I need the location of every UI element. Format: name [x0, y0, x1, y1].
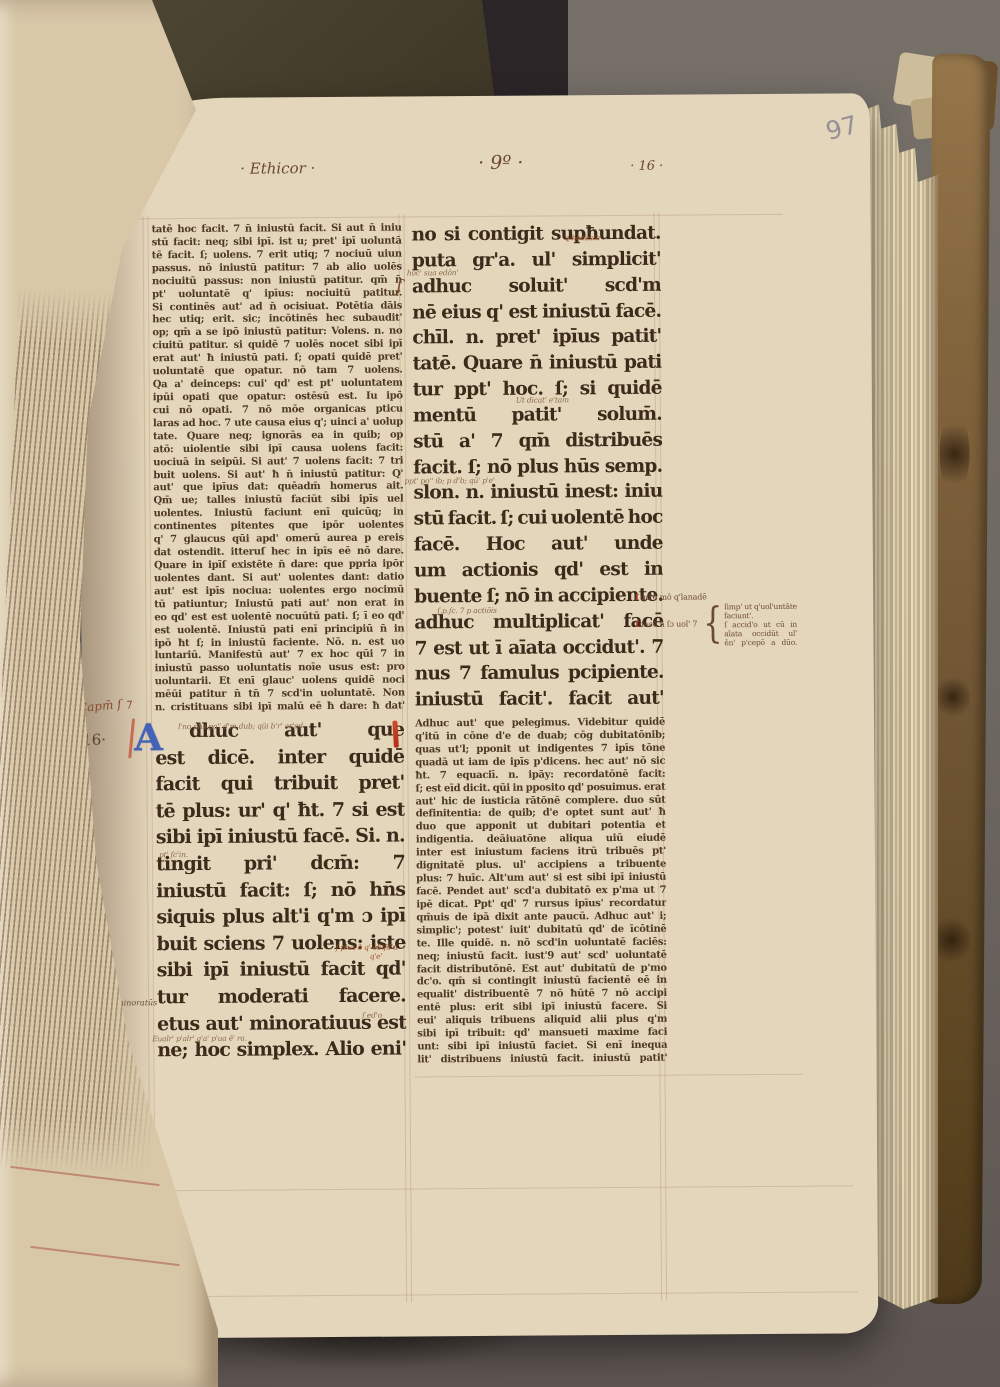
folio-number: 97 — [823, 110, 861, 146]
text-line: ſ accid'o ut cū in — [724, 619, 797, 629]
text-line: tatē. Quare n̄ iniustū pati — [412, 350, 661, 378]
text-line: facē. Hoc aut' unde principi — [414, 531, 663, 559]
column1-commentary-text: tatē hoc facit. 7 n̄ iniustū facit. Si a… — [152, 223, 405, 717]
text-line: eo qd' est est uolentē nocuūtū pati. ſ; … — [154, 610, 404, 625]
text-line: atō: uiolentie sibi ipī causa uolens fac… — [153, 442, 403, 457]
interlinear-gloss: Eualr' p'alr' q'a' p'ua ē' ra. — [152, 1034, 247, 1044]
chapter-note: Capm̄ ſ ⁊ — [77, 696, 132, 715]
text-line: quadā ut iam de ipīs p'dicens. hec aut' … — [415, 755, 665, 770]
ruling-line — [135, 214, 783, 220]
text-line: ſ; est eīd dicit. qūi in pposito qd' pos… — [415, 781, 665, 796]
gloss-line: ſ facē n̄ ſɔ uol' 7 — [635, 620, 697, 630]
right-margin-gloss: ſ qd'ē mō q'lanadē ſ facē n̄ ſɔ uol' 7 {… — [635, 592, 815, 648]
text-line: tate. Quare neq; ignorās ea in quib; op — [153, 429, 403, 444]
ruling-line — [106, 1291, 858, 1297]
gloss-text: qd'ē mō q'lanadē — [641, 592, 707, 601]
running-header-title: · Ethicor · — [240, 159, 315, 178]
text-line: tū patiuntur; Iniustū pati aut' non erat… — [154, 597, 404, 612]
column2-commentary-text: Adhuc aut' que pelegimus. Videbitur quid… — [415, 717, 667, 1067]
text-line: nociuitū passus: non iniustū patitur. qm… — [152, 274, 402, 289]
text-line: neq; iniustū facit. iust'9 aut' scd' uol… — [417, 949, 667, 964]
text-line: passus. nō iniustū patitur: 7 ab alio uo… — [152, 261, 402, 276]
text-line: tur moderati facere. Mansu — [157, 982, 406, 1010]
text-line: ħt. 7 equaciī. n. ipāy: recordatōnē faci… — [415, 768, 665, 783]
interlinear-gloss: l'no pħs po'' d'm dub; qūi b'r' ar'ed — [178, 721, 303, 731]
text-line: pt' uoluntatē q' ipīus: nociuitū patitur… — [152, 287, 402, 302]
text-line: mentū patit' solum̄. Manife — [413, 402, 662, 430]
text-line: nus 7 famulus pcipiente. n̄ — [415, 660, 664, 688]
interlinear-gloss: ſ.p.ſc. 7 p actiōis — [437, 606, 497, 615]
text-line: chīl. n. pret' ipīus patit' uolū — [412, 324, 661, 352]
manuscript-photo: { "photo": { "description": "Medieval pa… — [0, 0, 1000, 1387]
text-line: est uolentē. Iniustū pati enī principiū … — [154, 623, 404, 638]
interlinear-gloss: q·honesta — [565, 233, 600, 242]
text-line: te. Ille quidē. n. nō scd'in uoluntatē f… — [417, 936, 667, 951]
text-line: est dicē. inter quidē iniustum — [155, 743, 404, 771]
text-line: uociuā in seipūi. Si aut' 7 uolens facit… — [153, 455, 403, 470]
text-line: iniustū facit'. facit aut' īiusta. — [415, 686, 664, 714]
interlinear-gloss: hoc' sua edōn' — [407, 268, 458, 277]
text-line: stū a' 7 qm̄ distribuēs īiustū — [413, 427, 662, 455]
text-line: iniustū facit: ſ; nō hn̄s plus: — [156, 876, 405, 904]
text-line: nē eius q' est iniustū facē. si — [412, 298, 661, 326]
intercolumn-gloss: q'e' — [370, 952, 383, 961]
interlinear-gloss: Ut dicat' e'tam — [516, 395, 569, 404]
text-line: tē plus: ur' q' ħt. 7 si est ipm̄ — [156, 796, 405, 824]
intercolumn-gloss: ſ plus ē q' obiſd'u — [336, 943, 398, 952]
gloss-brace: { — [703, 618, 722, 631]
text-line: sibi ipī iniustū facit qd' uidē — [157, 956, 406, 984]
gloss-branch: ſ facē n̄ ſɔ uol' 7 { ſimp' ut q'uol'unt… — [635, 601, 815, 647]
text-line: ēn' p'cepō a dūo. — [724, 637, 797, 647]
text-line: 7 est ut ī aīata occidut'. 7 ma — [414, 634, 663, 662]
text-line: n. cristituans sibi ipī malū eē ħ dare: … — [155, 701, 405, 716]
rubric-mark: ſ — [635, 619, 638, 629]
text-line: siquis plus alt'i q'm ɔ ipī tri — [156, 903, 405, 931]
running-header-chapter-numeral: · 16 · — [630, 159, 663, 174]
text-line: tingit pri' dcm̄: 7 distribuēs — [156, 849, 405, 877]
running-header-book-numeral: · 9º · — [478, 152, 523, 174]
interlinear-gloss: ſ ed'o — [362, 1011, 382, 1020]
text-line: aīata occidūt ul' — [724, 628, 797, 638]
manuscript-page: · C · · Ethicor · · 9º · · 16 · 97 tatē … — [78, 93, 879, 1338]
text-line: sibi ipī iniustū facē. Si. n. cō — [156, 823, 405, 851]
leather-stain — [939, 414, 970, 494]
text-line: no si contigit supħundat. — [412, 221, 661, 249]
column2-lemma-text: no si contigit supħundat.puta gr'a. ul' … — [412, 221, 664, 715]
gloss-text: facē n̄ ſɔ uol' 7 — [641, 620, 697, 629]
gloss-branch-lines: ſimp' ut q'uol'untātefaciunt'.ſ accid'o … — [724, 601, 797, 647]
ruling-line — [415, 1074, 803, 1078]
ruling-line — [109, 1185, 853, 1191]
interlinear-gloss: ppt' po'' ib; p d'b; qū' p'e' — [404, 476, 494, 486]
text-line: um actionis qd' est in distri — [414, 557, 663, 585]
facing-page-red-rule — [30, 1246, 179, 1266]
text-line: simplic'; potest' iuit' dubitatū qd' de … — [416, 923, 666, 938]
text-line: ſimp' ut q'uol'untāte — [724, 601, 797, 611]
text-line: stū facit. ſ; cui uolentē hoc — [414, 505, 663, 533]
text-line: facit qui tribuit pret' dignita — [155, 770, 404, 798]
rubric-mark: ſ — [635, 592, 638, 602]
interlinear-gloss: pt' ſc'in. — [159, 850, 188, 859]
text-line: lit' distribuens iniustū facit. iniustū … — [417, 1053, 667, 1067]
leather-stain — [936, 674, 970, 720]
